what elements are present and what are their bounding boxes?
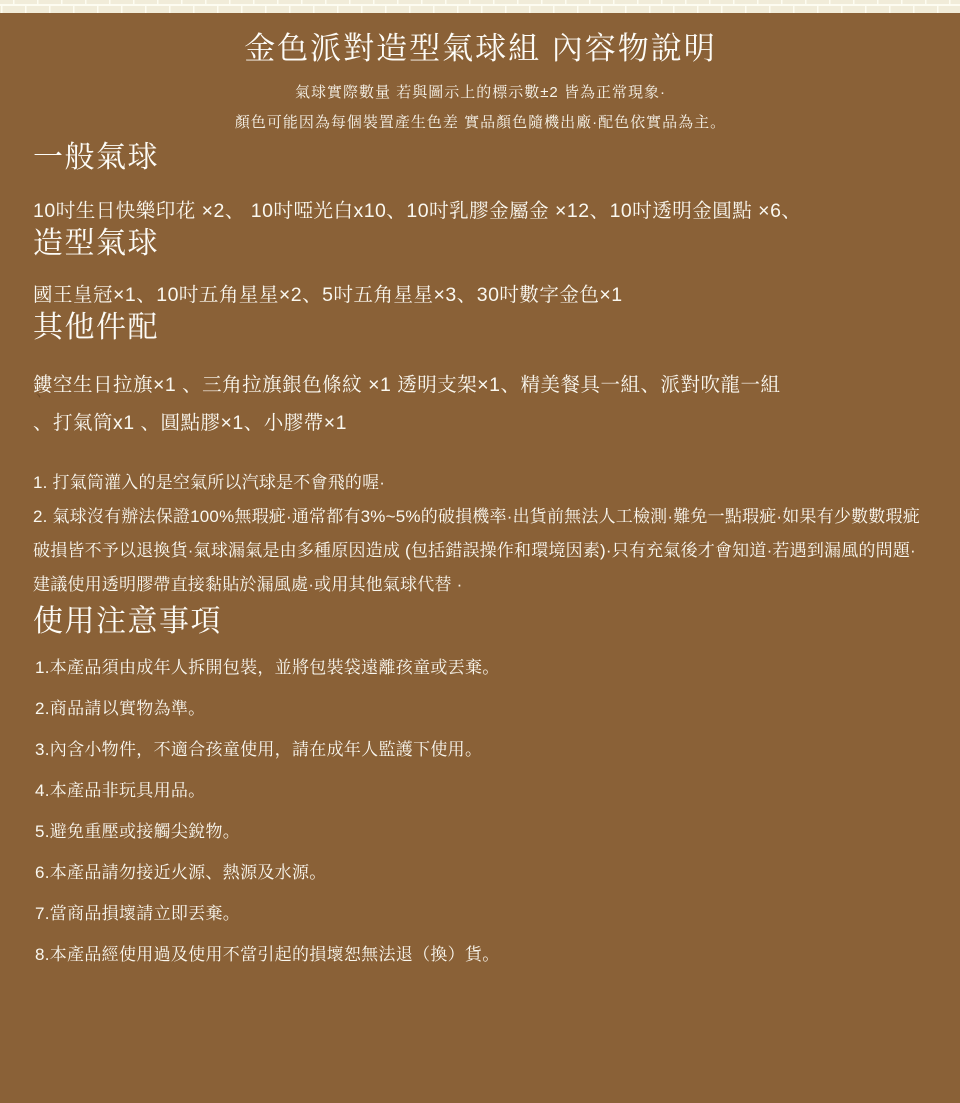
accessories-list-line-2: 、打氣筒x1 、圓點膠×1、小膠帶×1 — [33, 404, 928, 442]
usage-note-item: 2.商品請以實物為準。 — [35, 699, 928, 718]
subtitle-line-2: 顏色可能因為每個裝置產生色差 實品顏色隨機出廠·配色依實品為主。 — [33, 108, 928, 138]
tile-border — [0, 0, 960, 13]
general-balloons-list: 10吋生日快樂印花 ×2、 10吋啞光白x10、10吋乳膠金屬金 ×12、10吋… — [33, 198, 928, 224]
note-defects-policy: 2. 氣球沒有辦法保證100%無瑕疵·通常都有3%~5%的破損機率·出貨前無法人… — [33, 500, 928, 602]
section-heading-usage-notes: 使用注意事項 — [33, 602, 928, 642]
notes-paragraph: 1. 打氣筒灌入的是空氣所以汽球是不會飛的喔· 2. 氣球沒有辦法保證100%無… — [33, 466, 928, 602]
section-heading-general-balloons: 一般氣球 — [33, 138, 928, 178]
usage-note-item: 8.本產品經使用過及使用不當引起的損壞恕無法退（換）貨。 — [35, 945, 928, 964]
section-heading-shaped-balloons: 造型氣球 — [33, 224, 928, 264]
usage-note-item: 4.本產品非玩具用品。 — [35, 781, 928, 800]
shaped-balloons-list: 國王皇冠×1、10吋五角星星×2、5吋五角星星×3、30吋數字金色×1 — [33, 282, 928, 308]
page-title: 金色派對造型氣球組 內容物說明 — [33, 28, 928, 70]
usage-note-item: 6.本產品請勿接近火源、熱源及水源。 — [35, 863, 928, 882]
accessories-list-line-1: 鏤空生日拉旗×1 、三角拉旗銀色條紋 ×1 透明支架×1、精美餐具一組、派對吹龍… — [33, 366, 928, 404]
note-balloon-air: 1. 打氣筒灌入的是空氣所以汽球是不會飛的喔· — [33, 466, 928, 500]
accessories-list: 鏤空生日拉旗×1 、三角拉旗銀色條紋 ×1 透明支架×1、精美餐具一組、派對吹龍… — [33, 366, 928, 442]
product-info-page: { "colors": { "background": "#8a6137", "… — [0, 0, 960, 1103]
content-area: 金色派對造型氣球組 內容物說明 氣球實際數量 若與圖示上的標示數±2 皆為正常現… — [0, 28, 960, 964]
usage-note-item: 5.避免重壓或接觸尖銳物。 — [35, 822, 928, 841]
tile-border-row-bottom — [0, 6, 960, 13]
usage-note-item: 7.當商品損壞請立即丟棄。 — [35, 904, 928, 923]
subtitle: 氣球實際數量 若與圖示上的標示數±2 皆為正常現象· 顏色可能因為每個裝置產生色… — [33, 78, 928, 138]
usage-note-item: 3.內含小物件，不適合孩童使用，請在成年人監護下使用。 — [35, 740, 928, 759]
subtitle-line-1: 氣球實際數量 若與圖示上的標示數±2 皆為正常現象· — [33, 78, 928, 108]
usage-note-item: 1.本產品須由成年人拆開包裝，並將包裝袋遠離孩童或丟棄。 — [35, 658, 928, 677]
section-heading-other-accessories: 其他件配 — [33, 308, 928, 348]
faint-tick-mark: 、 — [36, 380, 51, 401]
usage-notes-list: 1.本產品須由成年人拆開包裝，並將包裝袋遠離孩童或丟棄。 2.商品請以實物為準。… — [33, 656, 928, 964]
